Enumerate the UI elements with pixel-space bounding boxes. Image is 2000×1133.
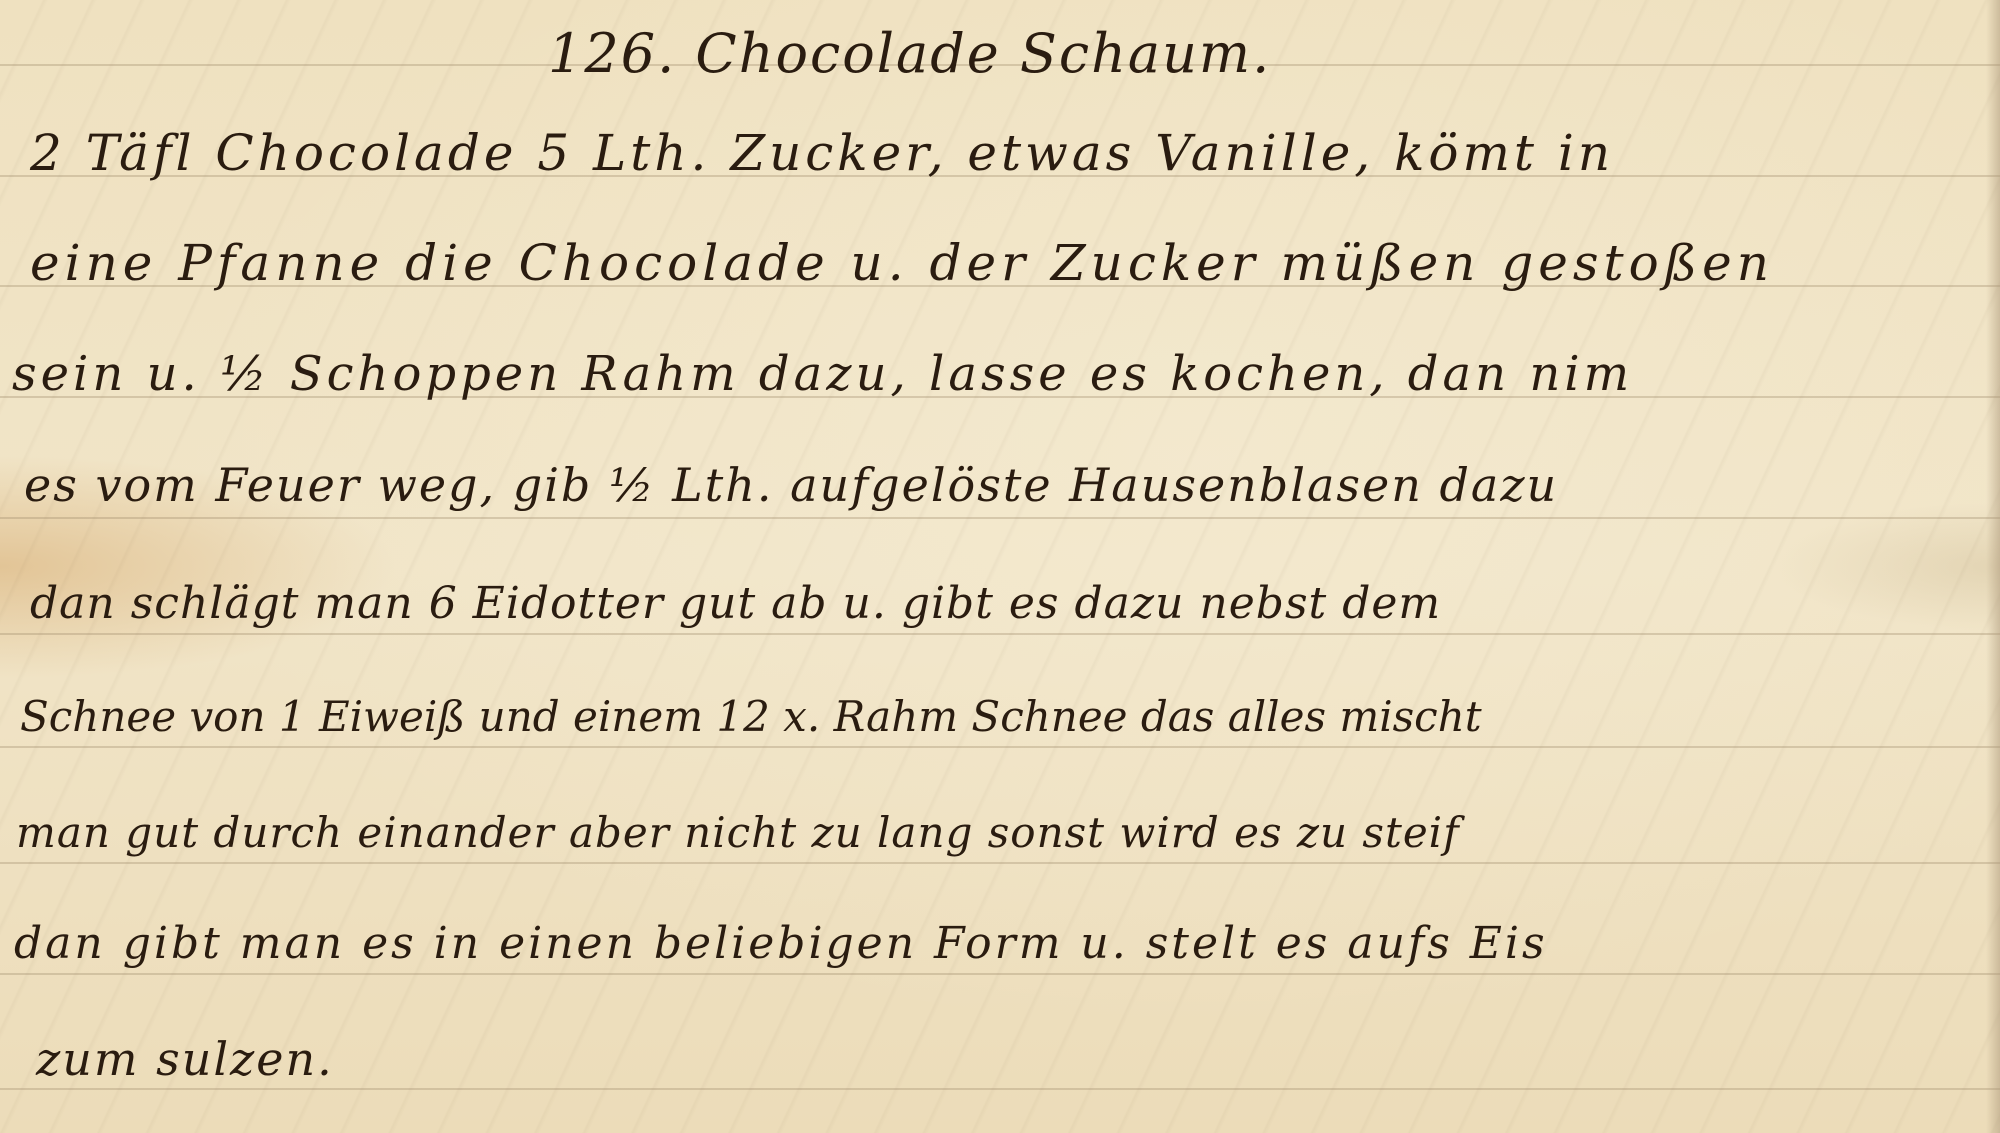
ruled-line bbox=[0, 633, 2000, 635]
recipe-number: 126. bbox=[548, 22, 676, 85]
recipe-line: man gut durch einander aber nicht zu lan… bbox=[16, 808, 1460, 857]
ruled-line bbox=[0, 517, 2000, 519]
recipe-heading: 126. Chocolade Schaum. bbox=[548, 22, 1271, 85]
recipe-line: eine Pfanne die Chocolade u. der Zucker … bbox=[30, 234, 1774, 292]
ruled-line bbox=[0, 862, 2000, 864]
recipe-line: dan gibt man es in einen beliebigen Form… bbox=[14, 918, 1548, 969]
ruled-line bbox=[0, 746, 2000, 748]
recipe-line: zum sulzen. bbox=[36, 1032, 334, 1086]
recipe-line: sein u. ½ Schoppen Rahm dazu, lasse es k… bbox=[12, 346, 1633, 402]
ruled-line bbox=[0, 973, 2000, 975]
ruled-line bbox=[0, 1088, 2000, 1090]
page-edge-shadow bbox=[1986, 0, 2000, 1133]
recipe-line: es vom Feuer weg, gib ½ Lth. aufgelöste … bbox=[24, 458, 1558, 512]
recipe-line: Schnee von 1 Eiweiß und einem 12 x. Rahm… bbox=[20, 692, 1482, 741]
manuscript-page: 126. Chocolade Schaum. 2 Täfl Chocolade … bbox=[0, 0, 2000, 1133]
recipe-line: dan schlägt man 6 Eidotter gut ab u. gib… bbox=[30, 578, 1441, 629]
recipe-title: Chocolade Schaum. bbox=[695, 22, 1271, 85]
recipe-line: 2 Täfl Chocolade 5 Lth. Zucker, etwas Va… bbox=[30, 124, 1614, 182]
